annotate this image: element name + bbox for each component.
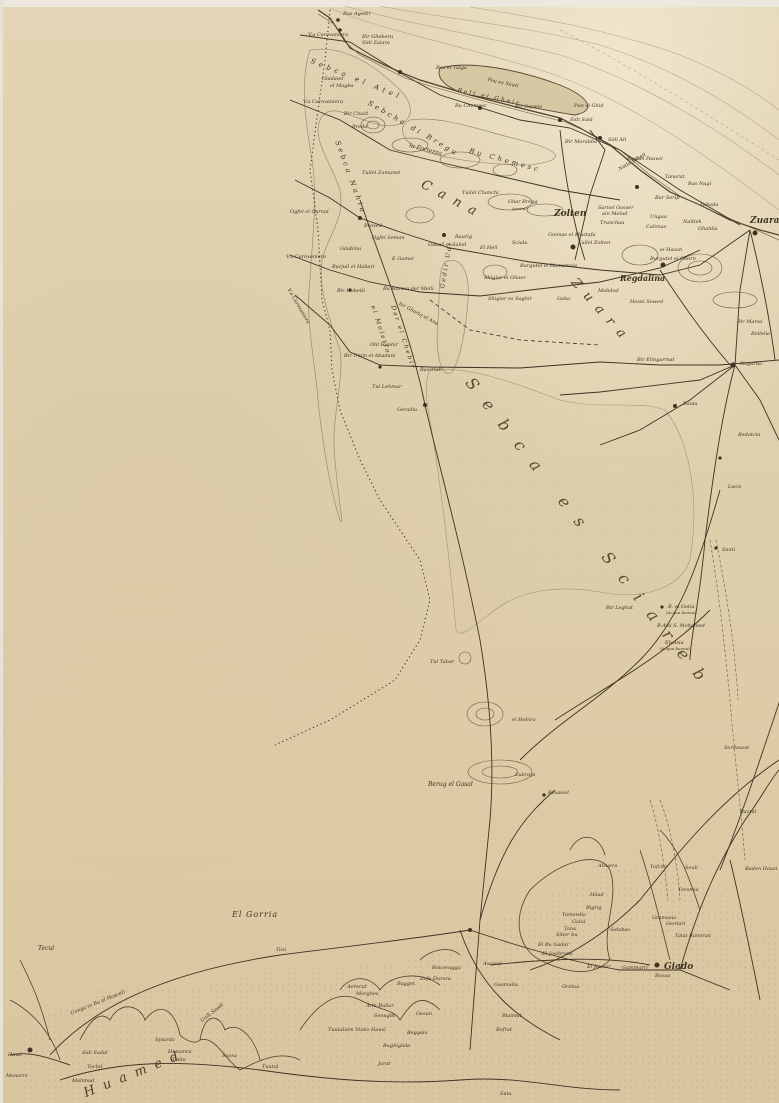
place-arm-bullar: Arm Bullar xyxy=(366,1004,394,1009)
place-bughigiala: Bughigiala xyxy=(383,1044,410,1049)
place-el-bu-gadar: El Bu Gadar xyxy=(538,943,569,948)
place-sidobas: Sidobas xyxy=(610,928,630,933)
place-ghahlia: Ghahlia xyxy=(698,227,718,232)
place-manarrs: Manarrs xyxy=(6,1074,28,1079)
place-mahmud: Mahmud xyxy=(72,1079,94,1084)
place-tul-tabar: Tul Tabar xyxy=(430,660,454,665)
place-tofcite: Tofcite xyxy=(650,865,667,870)
place-bir-umm-el-abadam: Bir Umm el Abadam xyxy=(344,354,395,359)
place-tuutal: Tuutal xyxy=(262,1065,278,1070)
place-broseil: Broseil xyxy=(364,224,382,229)
place-santi: Santi xyxy=(722,548,735,553)
place-tamesdia: Tamesdia xyxy=(562,913,586,918)
place-zofa-durara: Zofa Durara xyxy=(420,977,451,982)
place-ogfel-seman: Ogfel Seman xyxy=(372,236,405,241)
place-blaimat: Blaimat xyxy=(502,1014,522,1019)
place-el-jaunar: El Jaunar xyxy=(587,965,611,970)
place-pun-el-ghid: Pun el Ghid xyxy=(574,104,604,109)
place-morghes: Morghes xyxy=(356,992,378,997)
place-siber-bu: Siber bu xyxy=(556,933,578,938)
place-tuilel-zamanet: Tuilel Zamanet xyxy=(362,171,400,176)
place-el-hell: El Hell xyxy=(480,246,497,251)
place-berug-el-gasal: Berug el Gasal xyxy=(428,782,473,788)
place-tuutaliem-slabo-hausi: Tuutaliem Slabo Hausi xyxy=(328,1028,386,1033)
region-el-gorria: El Gorria xyxy=(232,911,278,919)
place-mabdod: Mabdod xyxy=(598,289,619,294)
place-tosi: Tosi xyxy=(276,948,286,953)
place-bir-marsa: Bir Marsa xyxy=(737,320,762,325)
place-bir-serip: Bur Serip xyxy=(655,196,679,201)
place-bir-elmgarmat: Bir Elmgarmat xyxy=(637,358,675,363)
place-gladaiet: Gladaiet xyxy=(322,77,343,82)
place-ogfel-el-garnol: Ogfel el Garnol xyxy=(290,210,329,215)
place-el-jasibrono: El Jasibrono xyxy=(542,952,573,957)
place-bu-hamsa-der-melli: Bu Hamsa der Melli xyxy=(383,287,434,292)
place-bigrig: Bigrig xyxy=(586,906,602,911)
place-boiceragga: Boiceragga xyxy=(432,966,461,971)
place-carovaniera-2: V.a Carovaniera xyxy=(303,100,343,105)
place-b-aisi-s-mohamed: B.Aisi S. Mohamed xyxy=(657,624,705,629)
place-tecul: Tecul xyxy=(38,946,54,952)
place-el-hebira: el Hebira xyxy=(512,718,536,723)
place-gaba: Gaba xyxy=(557,297,570,302)
place-gammarri: Gammarri xyxy=(622,966,648,971)
place-ain-melud: ain Melud xyxy=(602,212,628,217)
place-bu-chemesc: Bu Chemesc xyxy=(455,104,487,109)
place-ascaral: Ascaral xyxy=(483,962,502,967)
place-carovaniera-3: V.a Carovaniera xyxy=(286,255,326,260)
place-grolua: Grolua xyxy=(562,985,579,990)
place-sidi-said: Sidi Said xyxy=(570,118,593,123)
place-seuli: Seuli xyxy=(685,866,698,871)
place-geradia: Geradia xyxy=(397,408,417,413)
place-bir-hobeiti: Bir Hobeiti xyxy=(337,289,365,294)
place-bofrat: Bofrat xyxy=(496,1028,512,1033)
place-ghar-bregg-sub: (rovine) xyxy=(512,207,528,211)
place-ras-agedir: Ras Agedir xyxy=(343,12,371,17)
place-el-hasah: el Hasah xyxy=(660,248,682,253)
place-ebelsia-sub: (Acqua buona) xyxy=(660,647,690,651)
place-breda: Breda xyxy=(352,125,367,130)
place-sidi-ali: Sidi Ali xyxy=(608,138,626,143)
place-b-el-gotia-sub: (Acqua buona) xyxy=(666,611,696,615)
place-bir-leghat: Bir Leghat xyxy=(606,606,633,611)
place-bedatcia: Bedatcia xyxy=(738,433,760,438)
place-shigior-es-saghir: Shigior es Saghir xyxy=(488,297,532,302)
place-zolten: Zolten xyxy=(554,210,586,219)
place-ras-nagi: Ras Nagi xyxy=(688,182,711,187)
place-bir-gappiv: Bir Gappiv xyxy=(515,105,542,110)
place-zuara-town: Zuara xyxy=(750,217,779,226)
place-tuilel-chanchi: Tuilel Chanchi xyxy=(462,191,499,196)
place-lubrays: Lubrays xyxy=(515,773,536,778)
place-aerecat: Aerecat xyxy=(347,985,367,990)
place-saosa: Saosa xyxy=(222,1054,237,1059)
place-gusmulla: Gusmulla xyxy=(494,983,518,988)
place-tuilel-zolten: Tuilel Zolten xyxy=(578,241,610,246)
bu-chemesc-islands xyxy=(403,119,556,165)
place-tanarat: Tanarat xyxy=(665,175,685,180)
place-gesun: Gesun xyxy=(416,1012,432,1017)
wadi-channels xyxy=(650,540,745,900)
place-besaisel: Besaisel xyxy=(548,791,569,796)
place-lacis: Lacis xyxy=(728,485,741,490)
place-sulu: Sulu xyxy=(500,1092,511,1097)
place-calimas: Calimas xyxy=(646,225,666,230)
place-ghar-bregg: Ghar Bregg xyxy=(508,200,538,205)
place-burjuil-el-habari: Burjuil el Habari xyxy=(332,265,375,270)
place-burgutel-el-hamamsia: Burgutel el Hamamsia xyxy=(520,264,577,269)
place-naltiek: Naltiek xyxy=(683,220,702,225)
place-carovaniera-1: V.a Carovaniera xyxy=(308,33,348,38)
place-spiarda: Spiarda xyxy=(155,1038,175,1043)
place-tobada: Tobada xyxy=(700,203,718,208)
place-shigior-el-ghaer: Shigior el Ghaer xyxy=(484,276,526,281)
place-baurig: Baurig xyxy=(455,235,472,240)
place-ras-el-talga: Ras el Talga xyxy=(436,66,467,71)
place-jarat: Jarat xyxy=(378,1062,390,1067)
place-sonaglit: Sonaglit xyxy=(374,1014,395,1019)
place-serdausst: Serdausst xyxy=(724,746,749,751)
place-bozau: Bozau xyxy=(655,974,671,979)
place-ungua: Ungua xyxy=(650,215,667,220)
place-bir-chaid: Bir Chaid xyxy=(344,112,368,117)
place-trunchau: Trunchau xyxy=(600,221,624,226)
map-linework xyxy=(0,0,779,1103)
place-tul-lehmar: Tul Lehmar xyxy=(372,385,401,390)
place-burgutel-el-ghorn: Burgutel el Ghorn xyxy=(650,257,696,262)
place-tolda: Tolda xyxy=(172,1058,186,1063)
place-scialu: Scialu xyxy=(512,241,528,246)
place-husumra: Husumra xyxy=(168,1050,191,1055)
place-talat-ramiran: Talat Ramiran xyxy=(675,934,711,939)
place-regdalina: Regdalina xyxy=(620,274,665,282)
place-alsuera: Alsuera xyxy=(598,864,617,869)
place-haud: Haud xyxy=(8,1053,22,1058)
place-baula: Baula xyxy=(683,402,697,407)
place-e-gamar: E Gamar xyxy=(392,257,414,262)
place-nagarda: Nagarda xyxy=(740,362,762,367)
place-gabail-el-sabel: Gabail el Sabel xyxy=(428,243,466,248)
place-el-magba: el Magba xyxy=(330,84,354,89)
place-gdabina: Gdabina xyxy=(340,247,361,252)
place-bagget: Bagget xyxy=(397,982,415,987)
place-sidi-sadal: Sidi Sadal xyxy=(82,1051,108,1056)
place-hosni-sowed: Hosni Sowed xyxy=(630,300,663,305)
place-bazral: Bazral xyxy=(740,810,756,815)
place-bassriah: Bassriah xyxy=(420,368,442,373)
place-tochit: Tochit xyxy=(87,1065,103,1070)
place-sidi-zaiara: Sidi Zaiara xyxy=(362,41,390,46)
place-beggala: Beggala xyxy=(407,1031,428,1036)
place-teramia: Teramia xyxy=(678,888,699,893)
place-old-hephir: Old Hephir xyxy=(370,343,398,348)
place-giado: Giado xyxy=(664,963,693,972)
place-gerdari: Gerdari xyxy=(666,922,686,927)
place-galul: Galul xyxy=(572,920,585,925)
place-hilad: Hilad xyxy=(590,893,604,898)
place-gonnas-el-mustafa: Gonnas el Mustafa xyxy=(548,233,595,238)
place-baden-hausi: Baden Hausi xyxy=(745,867,777,872)
place-bollelia: Bollelia xyxy=(751,332,770,337)
place-bir-morabba: Bir Morabba xyxy=(565,140,597,145)
